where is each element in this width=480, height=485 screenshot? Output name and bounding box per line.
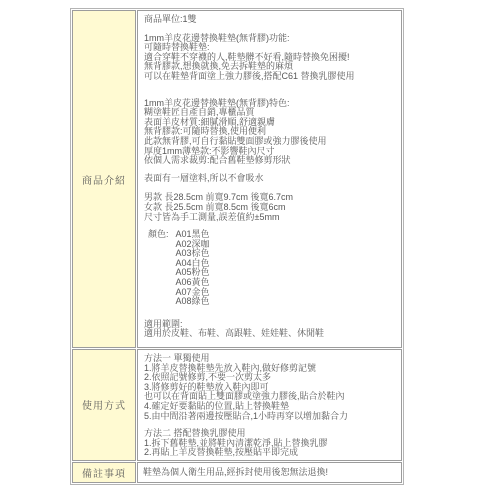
scope-block: 適用範圍: 適用於皮鞋、布鞋、高跟鞋、娃娃鞋、休閒鞋 [144,320,396,339]
section-label-intro: 商品介紹 [82,176,126,187]
notes-row: 備註事項 鞋墊為個人衛生用品,經拆封使用後恕無法退換! [72,462,402,480]
method2-block: 方法二 搭配替換乳膠使用 1.拆下舊鞋墊,並將鞋內清潔乾淨,貼上替換乳膠 2.再… [144,429,396,458]
method1-block: 方法一 單獨使用 1.將羊皮替換鞋墊先放入鞋內,做好修剪記號 2.依照記號修剪,… [144,354,396,421]
product-intro-content-cell: 商品單位:1雙 1mm羊皮花邊替換鞋墊(無背膠)功能: 可隨時替換鞋墊: 適合穿… [137,10,402,348]
product-info-table: 商品介紹 商品單位:1雙 1mm羊皮花邊替換鞋墊(無背膠)功能: 可隨時替換鞋墊… [70,8,404,480]
color-options-label: 顏色: [148,230,169,307]
usage-label-cell: 使用方式 [72,349,136,461]
color-options-block: 顏色: A01黑色 A02深咖 A03棕色 A04白色 A05粉色 A06黃色 … [144,230,396,307]
notes-content-cell: 鞋墊為個人衛生用品,經拆封使用後恕無法退換! [137,462,402,480]
section-label-notes: 備註事項 [82,469,126,480]
function-block: 1mm羊皮花邊替換鞋墊(無背膠)功能: 可隨時替換鞋墊: 適合穿鞋不穿襪的人,鞋… [144,34,396,82]
notes-text: 鞋墊為個人衛生用品,經拆封使用後恕無法退換! [143,468,396,478]
product-intro-label-cell: 商品介紹 [72,10,136,348]
usage-row: 使用方式 方法一 單獨使用 1.將羊皮替換鞋墊先放入鞋內,做好修剪記號 2.依照… [72,349,402,461]
color-options-list: A01黑色 A02深咖 A03棕色 A04白色 A05粉色 A06黃色 A07金… [176,230,210,307]
notes-label-cell: 備註事項 [72,462,136,480]
size-block: 男款 長28.5cm 前寬9.7cm 後寬6.7cm 女款 長25.5cm 前寬… [144,193,396,222]
feature-block: 1mm羊皮花邊替換鞋墊(無背膠)特色: 糊塗鞋匠自產自銷,專櫃品質 表面羊皮材質… [144,99,396,166]
unit-line: 商品單位:1雙 [144,15,396,25]
section-label-usage: 使用方式 [82,401,126,412]
usage-content-cell: 方法一 單獨使用 1.將羊皮替換鞋墊先放入鞋內,做好修剪記號 2.依照記號修剪,… [137,349,402,461]
product-intro-row: 商品介紹 商品單位:1雙 1mm羊皮花邊替換鞋墊(無背膠)功能: 可隨時替換鞋墊… [72,10,402,348]
coating-line: 表面有一層塗料,所以不會吸水 [144,174,396,184]
